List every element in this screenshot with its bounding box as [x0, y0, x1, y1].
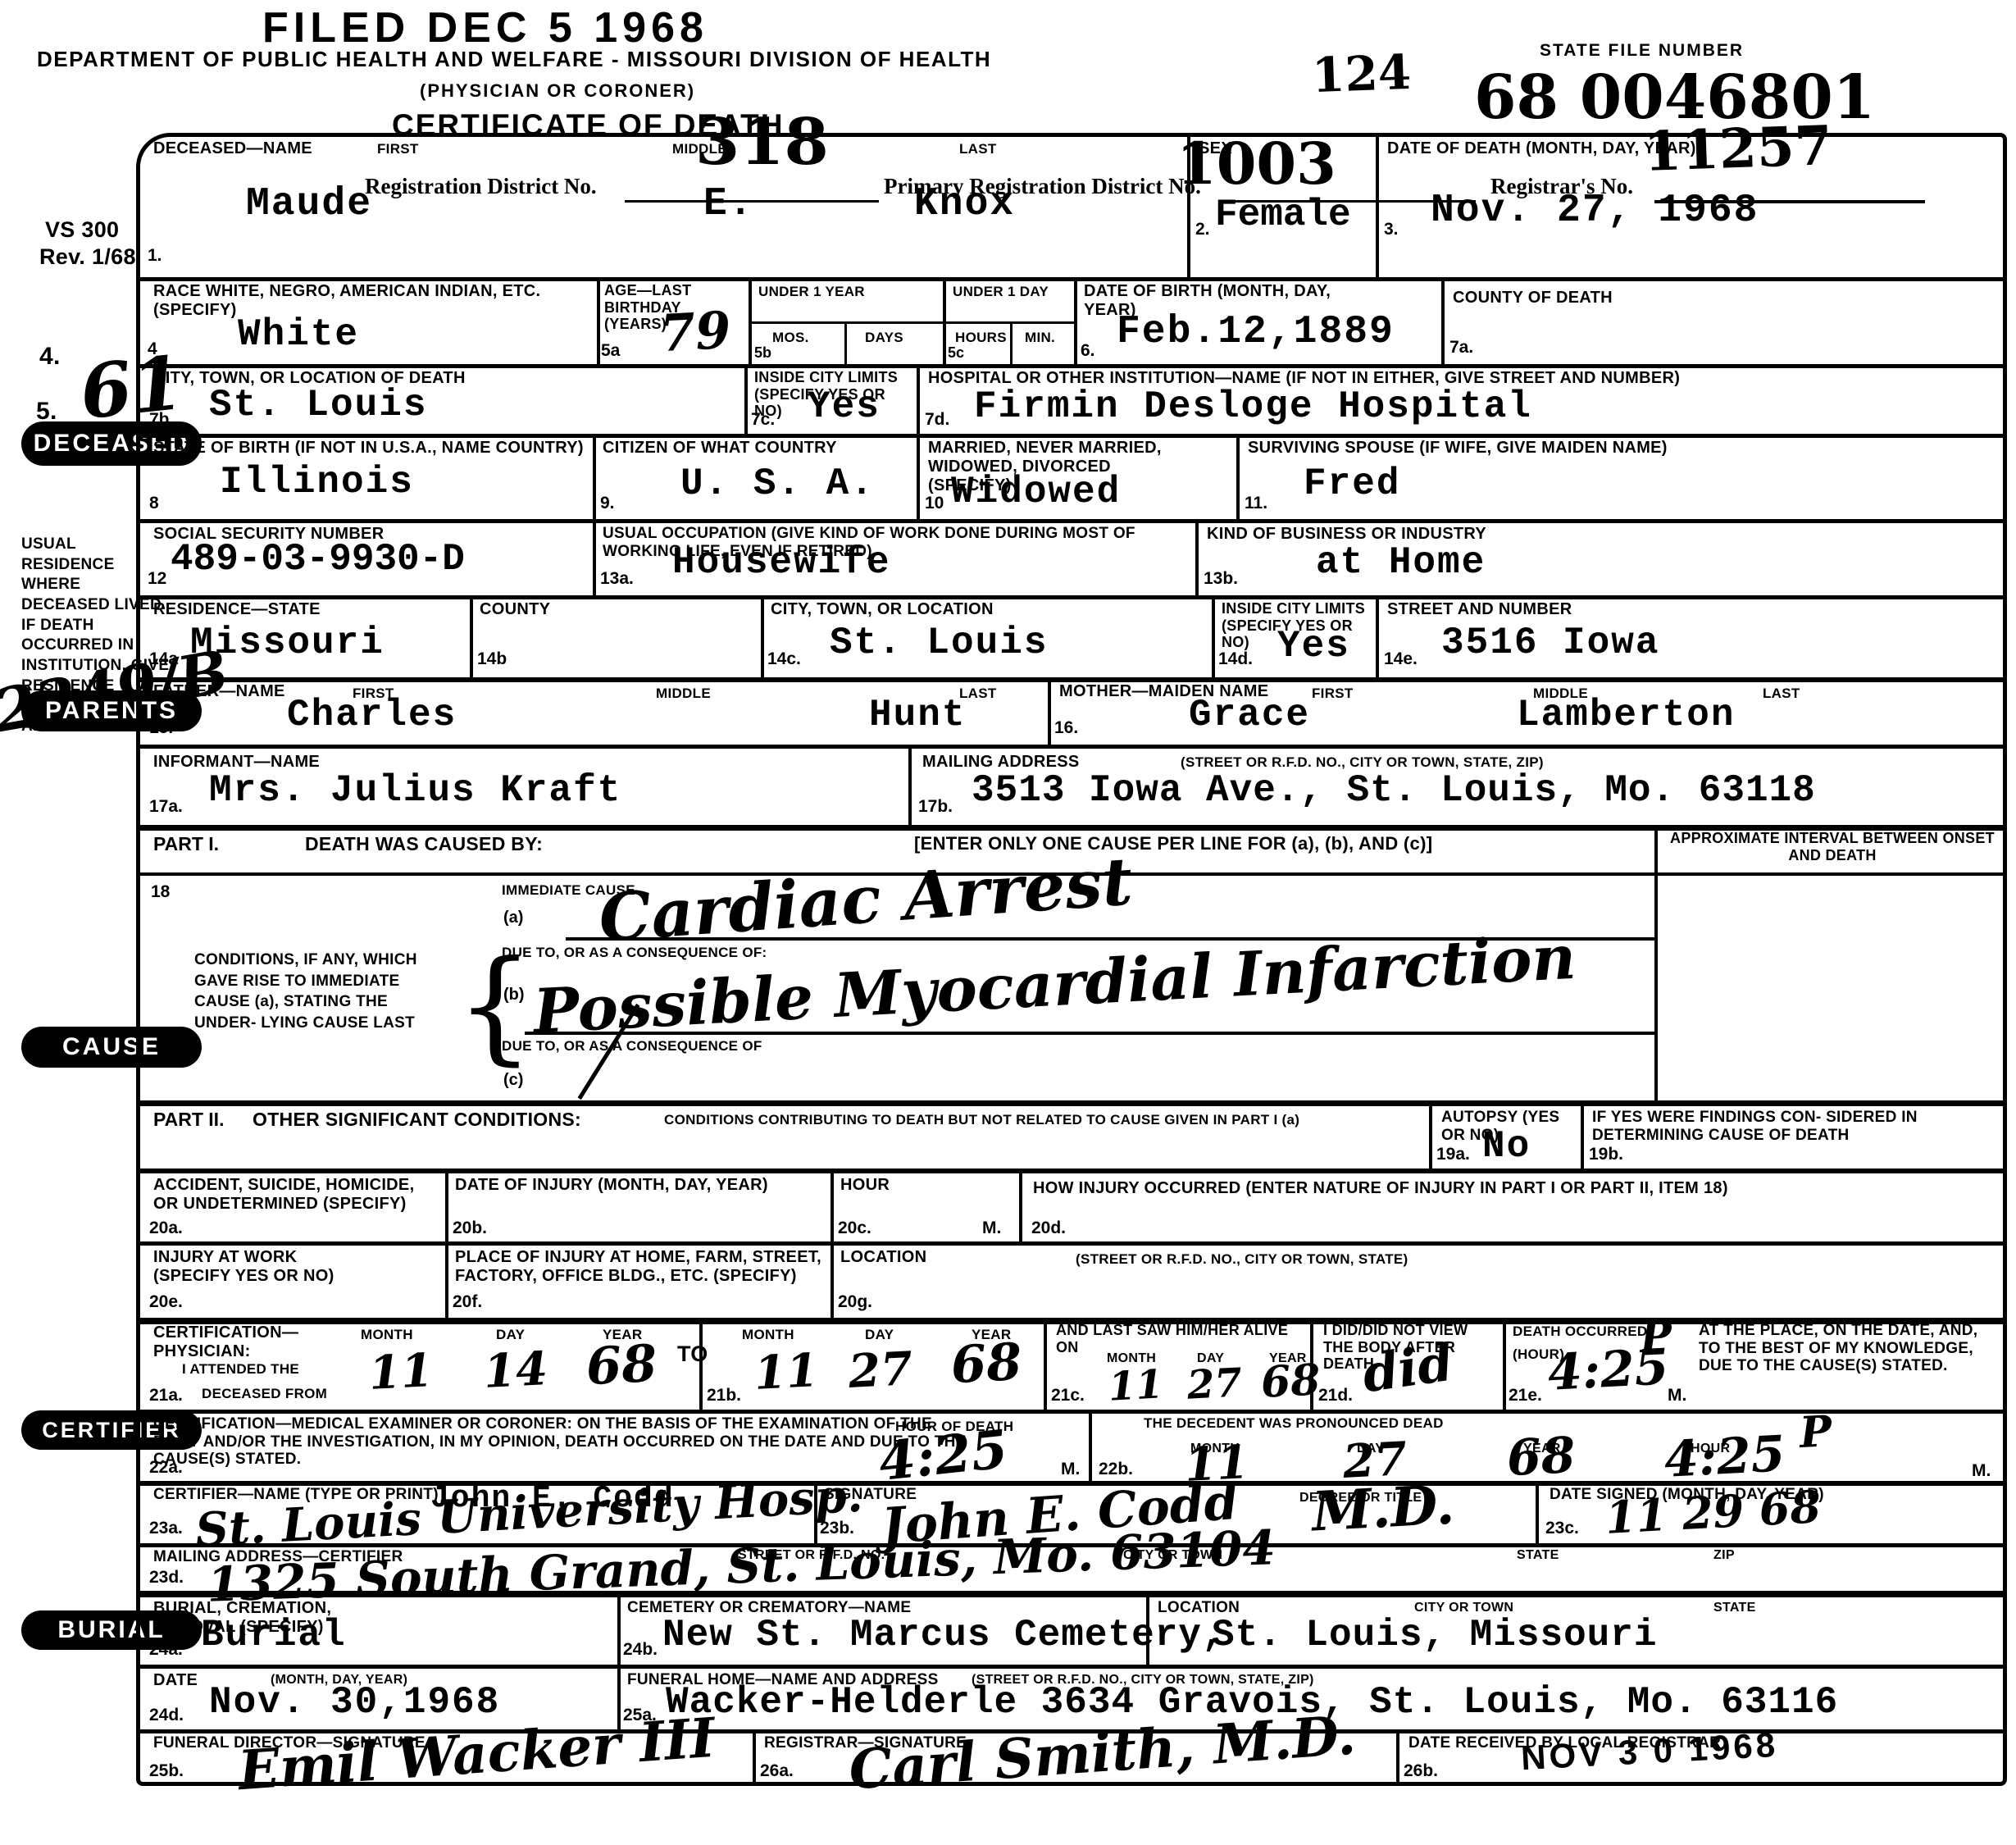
name-last-header: LAST: [959, 141, 997, 157]
cell-divider: [1236, 434, 1240, 519]
residence-state-label: RESIDENCE—STATE: [153, 600, 321, 619]
item-number: 23a.: [149, 1519, 183, 1538]
row-divider: [140, 277, 2003, 281]
day-header: DAY: [865, 1327, 894, 1343]
injury-at-work-label: INJURY AT WORK (SPECIFY YES OR NO): [153, 1248, 354, 1286]
cell-divider: [1044, 1318, 1047, 1410]
item-number: 22a.: [149, 1458, 183, 1478]
cell-divider: [943, 277, 946, 364]
residence-street-value: 3516 Iowa: [1441, 622, 1659, 664]
cell-divider: [445, 1168, 448, 1241]
part1-label: PART I.: [153, 833, 219, 855]
item-number: 21b.: [707, 1386, 741, 1405]
item-number: 5a: [601, 341, 620, 361]
cell-divider: [1212, 595, 1215, 677]
item-number: 19a.: [1436, 1145, 1470, 1164]
row-divider: [140, 434, 2003, 438]
day-header: DAY: [496, 1327, 525, 1343]
residence-inside-limits-value: Yes: [1277, 625, 1350, 667]
sex-label: SEX: [1199, 139, 1232, 158]
hours-header: HOURS: [955, 330, 1007, 346]
attended-from-month: 11: [367, 1343, 434, 1401]
item-number: 26a.: [760, 1761, 794, 1781]
autopsy-value: No: [1482, 1125, 1531, 1168]
item-number: 21d.: [1318, 1386, 1353, 1405]
item-number: 17a.: [149, 797, 183, 817]
attended-to-day: 27: [847, 1342, 913, 1399]
date-of-death-label: DATE OF DEATH (MONTH, DAY, YEAR): [1387, 139, 1696, 158]
item-number: 8: [149, 494, 159, 513]
item-number: 23d.: [149, 1568, 184, 1588]
injury-location-label: LOCATION: [840, 1248, 926, 1267]
pronounced-m-label: M.: [1972, 1461, 1991, 1481]
brace-decoration: {: [456, 935, 534, 1077]
death-occurred-label: DEATH OCCURRED: [1513, 1323, 1647, 1340]
item-number: 20f.: [453, 1292, 482, 1312]
zip-header: ZIP: [1713, 1548, 1735, 1563]
row-divider: [140, 745, 2003, 749]
cell-divider: [844, 321, 847, 364]
item-number: 17b.: [918, 797, 953, 817]
pronounced-hour: 4:25: [1663, 1425, 1786, 1489]
residence-street-label: STREET AND NUMBER: [1387, 600, 1572, 619]
item-number: 20a.: [149, 1219, 183, 1238]
row-divider: [140, 1241, 2003, 1246]
name-first-header: FIRST: [377, 141, 419, 157]
state-of-birth-label: STATE OF BIRTH (IF NOT IN U.S.A., NAME C…: [153, 439, 584, 458]
father-name-label: FATHER—NAME: [153, 682, 285, 701]
cell-divider: [597, 277, 600, 364]
certifier-degree-value: M.D.: [1310, 1473, 1456, 1544]
sub-divider: [749, 321, 1074, 324]
hospital-value: Firmin Desloge Hospital: [974, 385, 1532, 428]
row-divider: [140, 364, 2003, 368]
race-value: White: [238, 313, 359, 356]
cell-divider: [1195, 519, 1199, 595]
line-a-tag: (a): [503, 909, 523, 927]
cell-divider: [1010, 321, 1013, 364]
father-middle-header: MIDDLE: [656, 686, 711, 702]
cell-divider: [1074, 277, 1077, 364]
place-of-injury-label: PLACE OF INJURY AT HOME, FARM, STREET, F…: [455, 1248, 824, 1286]
part2-subtitle: CONDITIONS CONTRIBUTING TO DEATH BUT NOT…: [664, 1112, 1299, 1128]
cell-divider: [617, 1591, 621, 1665]
attended-from-year: 68: [585, 1333, 658, 1396]
item-number: 7c.: [751, 410, 775, 430]
item-number: 22b.: [1099, 1460, 1133, 1479]
mother-first-header: FIRST: [1312, 686, 1354, 702]
residence-county-label: COUNTY: [480, 600, 550, 619]
item-number: 21e.: [1509, 1386, 1542, 1405]
attended-label-1: I ATTENDED THE: [182, 1361, 299, 1378]
residence-city-label: CITY, TOWN, OR LOCATION: [771, 600, 994, 619]
item-number: 14a: [149, 649, 178, 669]
last-saw-year: 68: [1259, 1355, 1321, 1408]
line-b-tag: (b): [503, 986, 525, 1004]
cell-divider: [1581, 1100, 1584, 1168]
department-title: DEPARTMENT OF PUBLIC HEALTH AND WELFARE …: [37, 48, 991, 72]
citizen-value: U. S. A.: [680, 462, 875, 505]
last-saw-alive-label: AND LAST SAW HIM/HER ALIVE ON: [1056, 1322, 1310, 1355]
pronounced-year: 68: [1505, 1427, 1577, 1487]
sex-value: Female: [1215, 194, 1351, 236]
cell-divider: [1536, 1481, 1539, 1543]
item-number: 21a.: [149, 1386, 183, 1405]
item-number: 26b.: [1404, 1761, 1438, 1781]
page-number-stamp: 124: [1311, 44, 1412, 103]
part2-title: OTHER SIGNIFICANT CONDITIONS:: [253, 1109, 581, 1130]
deceased-name-label: DECEASED—NAME: [153, 139, 312, 158]
cell-divider: [1503, 1318, 1506, 1410]
cell-divider: [917, 364, 920, 434]
item-number: 1.: [148, 246, 162, 266]
item-number: 21c.: [1051, 1386, 1085, 1405]
cell-divider: [761, 595, 764, 677]
item-number: 5c: [948, 344, 964, 362]
state-header: STATE: [1517, 1548, 1559, 1563]
informant-mailing-sublabel: (STREET OR R.F.D. NO., CITY OR TOWN, STA…: [1181, 754, 1544, 771]
under-1-day-label: UNDER 1 DAY: [953, 284, 1049, 300]
pronounced-dead-label: THE DECEDENT WAS PRONOUNCED DEAD: [1144, 1415, 1444, 1432]
inside-city-limits-value: Yes: [808, 385, 881, 428]
month-header: MONTH: [361, 1327, 413, 1343]
cell-divider: [831, 1168, 834, 1241]
interval-label: APPROXIMATE INTERVAL BETWEEN ONSET AND D…: [1668, 830, 1996, 863]
item-number: 20b.: [453, 1219, 487, 1238]
item-number: 23c.: [1545, 1519, 1579, 1538]
form-revision: Rev. 1/68: [39, 244, 136, 270]
row-divider: [140, 595, 2003, 599]
cell-divider: [1376, 137, 1379, 277]
cell-divider: [831, 1241, 834, 1318]
interval-box-divider: [1654, 825, 1658, 1100]
hour-of-death-m-label: M.: [1061, 1460, 1080, 1479]
row-divider: [140, 1410, 2003, 1414]
date-of-birth-value: Feb.12,1889: [1117, 310, 1395, 354]
death-hour-ampm: P: [1638, 1311, 1672, 1363]
burial-date-label: DATE: [153, 1671, 198, 1690]
cell-divider: [1089, 1410, 1092, 1481]
item-number: 20d.: [1031, 1219, 1066, 1238]
cell-divider: [749, 277, 752, 364]
certification-coroner-text: CERTIFICATION—MEDICAL EXAMINER OR CORONE…: [153, 1415, 973, 1469]
surviving-spouse-value: Fred: [1304, 462, 1400, 505]
cell-divider: [917, 434, 920, 519]
item-number: 5b: [754, 344, 771, 362]
deceased-middle-name: E.: [703, 182, 754, 226]
last-saw-day: 27: [1186, 1360, 1244, 1408]
attended-to-month: 11: [753, 1343, 819, 1401]
death-certificate-scan: { "header": { "filed_stamp": "FILED DEC …: [0, 0, 2016, 1845]
item-number: 7a.: [1449, 338, 1473, 358]
item-number: 4: [148, 339, 157, 359]
cemetery-value: New St. Marcus Cemetery,: [662, 1614, 1226, 1656]
injury-hour-label: HOUR: [840, 1176, 890, 1195]
item-number: 16.: [1054, 718, 1078, 738]
row-divider: [140, 519, 2003, 523]
autopsy-findings-label: IF YES WERE FINDINGS CON- SIDERED IN DET…: [1592, 1109, 1994, 1144]
days-header: DAYS: [865, 330, 903, 346]
cell-divider: [908, 745, 912, 825]
cell-divider: [1376, 595, 1379, 677]
item-number: 6.: [1081, 341, 1095, 361]
month-header: MONTH: [742, 1327, 794, 1343]
form-code: VS 300: [45, 217, 119, 243]
one-cause-instruction: [ENTER ONLY ONE CAUSE PER LINE FOR (a), …: [914, 833, 1432, 854]
item-number: 24d.: [149, 1706, 184, 1725]
filed-date-stamp: FILED DEC 5 1968: [262, 3, 708, 52]
cell-divider: [1048, 677, 1051, 745]
age-value: 79: [658, 300, 732, 363]
cell-divider: [744, 364, 748, 434]
item-number: 2.: [1195, 220, 1210, 239]
state-of-birth-value: Illinois: [220, 461, 414, 503]
row-divider: [140, 1168, 2003, 1173]
city-of-death-value: St. Louis: [209, 384, 427, 426]
item-number: 14d.: [1218, 649, 1253, 669]
line-c-tag: (c): [503, 1071, 523, 1090]
item-number: 25b.: [149, 1761, 184, 1781]
last-saw-month: 11: [1108, 1361, 1165, 1410]
how-injury-occurred-label: HOW INJURY OCCURRED (ENTER NATURE OF INJ…: [1033, 1179, 1935, 1198]
item-number: 12: [148, 569, 166, 589]
cell-divider: [1429, 1100, 1432, 1168]
injury-date-label: DATE OF INJURY (MONTH, DAY, YEAR): [455, 1176, 824, 1195]
death-hour-m-label: M.: [1668, 1386, 1686, 1405]
due-to-label-2: DUE TO, OR AS A CONSEQUENCE OF: [502, 1038, 762, 1055]
min-header: MIN.: [1025, 330, 1055, 346]
cell-divider: [753, 1729, 756, 1786]
pronounced-ampm: P: [1798, 1406, 1832, 1458]
ssn-value: 489-03-9930-D: [171, 538, 465, 581]
part2-label: PART II.: [153, 1109, 224, 1131]
item-number: 18: [151, 882, 170, 902]
item-number: 7b.: [149, 410, 174, 430]
deceased-first-name: Maude: [246, 182, 372, 226]
conditions-note: CONDITIONS, IF ANY, WHICH GAVE RISE TO I…: [194, 950, 440, 1034]
burial-date-value: Nov. 30,1968: [209, 1681, 500, 1724]
father-last-name: Hunt: [869, 694, 966, 736]
residence-state-value: Missouri: [190, 622, 385, 664]
item-number: 14b: [477, 649, 507, 669]
father-first-name: Charles: [287, 694, 457, 736]
attended-from-day: 14: [482, 1342, 548, 1399]
attended-to-year: 68: [949, 1332, 1023, 1395]
burial-state-header: STATE: [1713, 1601, 1756, 1615]
caused-by-label: DEATH WAS CAUSED BY:: [305, 833, 543, 854]
citizen-label: CITIZEN OF WHAT COUNTRY: [603, 439, 837, 458]
due-to-label-1: DUE TO, OR AS A CONSEQUENCE OF:: [502, 945, 767, 961]
item-number: 19b.: [1589, 1145, 1623, 1164]
cell-divider: [445, 1241, 448, 1318]
item-number: 24a.: [149, 1640, 183, 1660]
industry-value: at Home: [1316, 541, 1486, 584]
injury-hour-m-label: M.: [982, 1219, 1001, 1238]
informant-mailing-value: 3513 Iowa Ave., St. Louis, Mo. 63118: [972, 769, 1816, 812]
burial-location-value: St. Louis, Missouri: [1212, 1614, 1658, 1656]
surviving-spouse-label: SURVIVING SPOUSE (IF WIFE, GIVE MAIDEN N…: [1248, 439, 1668, 458]
name-middle-header: MIDDLE: [672, 141, 727, 157]
injury-manner-label: ACCIDENT, SUICIDE, HOMICIDE, OR UNDETERM…: [153, 1176, 432, 1214]
margin-item-4: 4.: [39, 343, 61, 371]
injury-location-sublabel: (STREET OR R.F.D. NO., CITY OR TOWN, STA…: [1076, 1251, 1408, 1268]
attended-label-2: DECEASED FROM: [202, 1386, 327, 1402]
under-1-year-label: UNDER 1 YEAR: [758, 284, 865, 300]
viewed-body-value: did: [1358, 1332, 1456, 1405]
burial-type-value: Burial: [201, 1614, 347, 1656]
cell-divider: [1019, 1168, 1022, 1241]
row-divider: [140, 1665, 2003, 1669]
cell-divider: [470, 595, 473, 677]
section-divider: [140, 1100, 2003, 1106]
item-number: 11.: [1245, 494, 1267, 513]
to-label: TO: [677, 1342, 708, 1367]
item-number: 7d.: [925, 410, 949, 430]
death-occurred-text: AT THE PLACE, ON THE DATE, AND, TO THE B…: [1699, 1322, 2002, 1375]
item-number: 9.: [600, 494, 615, 513]
date-of-death-value: Nov. 27, 1968: [1431, 189, 1759, 233]
item-number: 14e.: [1384, 649, 1418, 669]
mother-last-header: LAST: [1763, 686, 1800, 702]
item-number: 24b.: [623, 1640, 658, 1660]
item-number: 13b.: [1204, 569, 1238, 589]
item-number: 3.: [1384, 220, 1399, 239]
mother-first-name: Grace: [1189, 694, 1310, 736]
state-file-number-label: STATE FILE NUMBER: [1540, 41, 1744, 61]
cell-divider: [1441, 277, 1445, 364]
county-of-death-label: COUNTY OF DEATH: [1453, 289, 1613, 307]
item-number: 10: [925, 494, 944, 513]
occupation-value: Housewife: [672, 541, 890, 584]
deceased-last-name: Knox: [914, 182, 1015, 226]
cell-divider: [593, 519, 596, 595]
months-header: MOS.: [772, 330, 809, 346]
item-number: 20g.: [838, 1292, 872, 1312]
item-number: 14c.: [767, 649, 801, 669]
cell-divider: [1396, 1729, 1399, 1786]
marital-status-value: Widowed: [951, 471, 1121, 513]
residence-city-value: St. Louis: [830, 622, 1048, 664]
certification-physician-label: CERTIFICATION— PHYSICIAN:: [153, 1323, 325, 1361]
item-number: 20e.: [149, 1292, 183, 1312]
item-number: 13a.: [600, 569, 634, 589]
cell-divider: [593, 434, 596, 519]
informant-name-value: Mrs. Julius Kraft: [209, 769, 621, 812]
form-subtitle: (PHYSICIAN OR CORONER): [420, 80, 695, 101]
item-number: 20c.: [838, 1219, 871, 1238]
item-number: 15.: [149, 718, 173, 738]
cell-divider: [1187, 137, 1190, 277]
race-label: RACE WHITE, NEGRO, AMERICAN INDIAN, ETC.…: [153, 282, 588, 320]
mother-last-name: Lamberton: [1517, 694, 1735, 736]
